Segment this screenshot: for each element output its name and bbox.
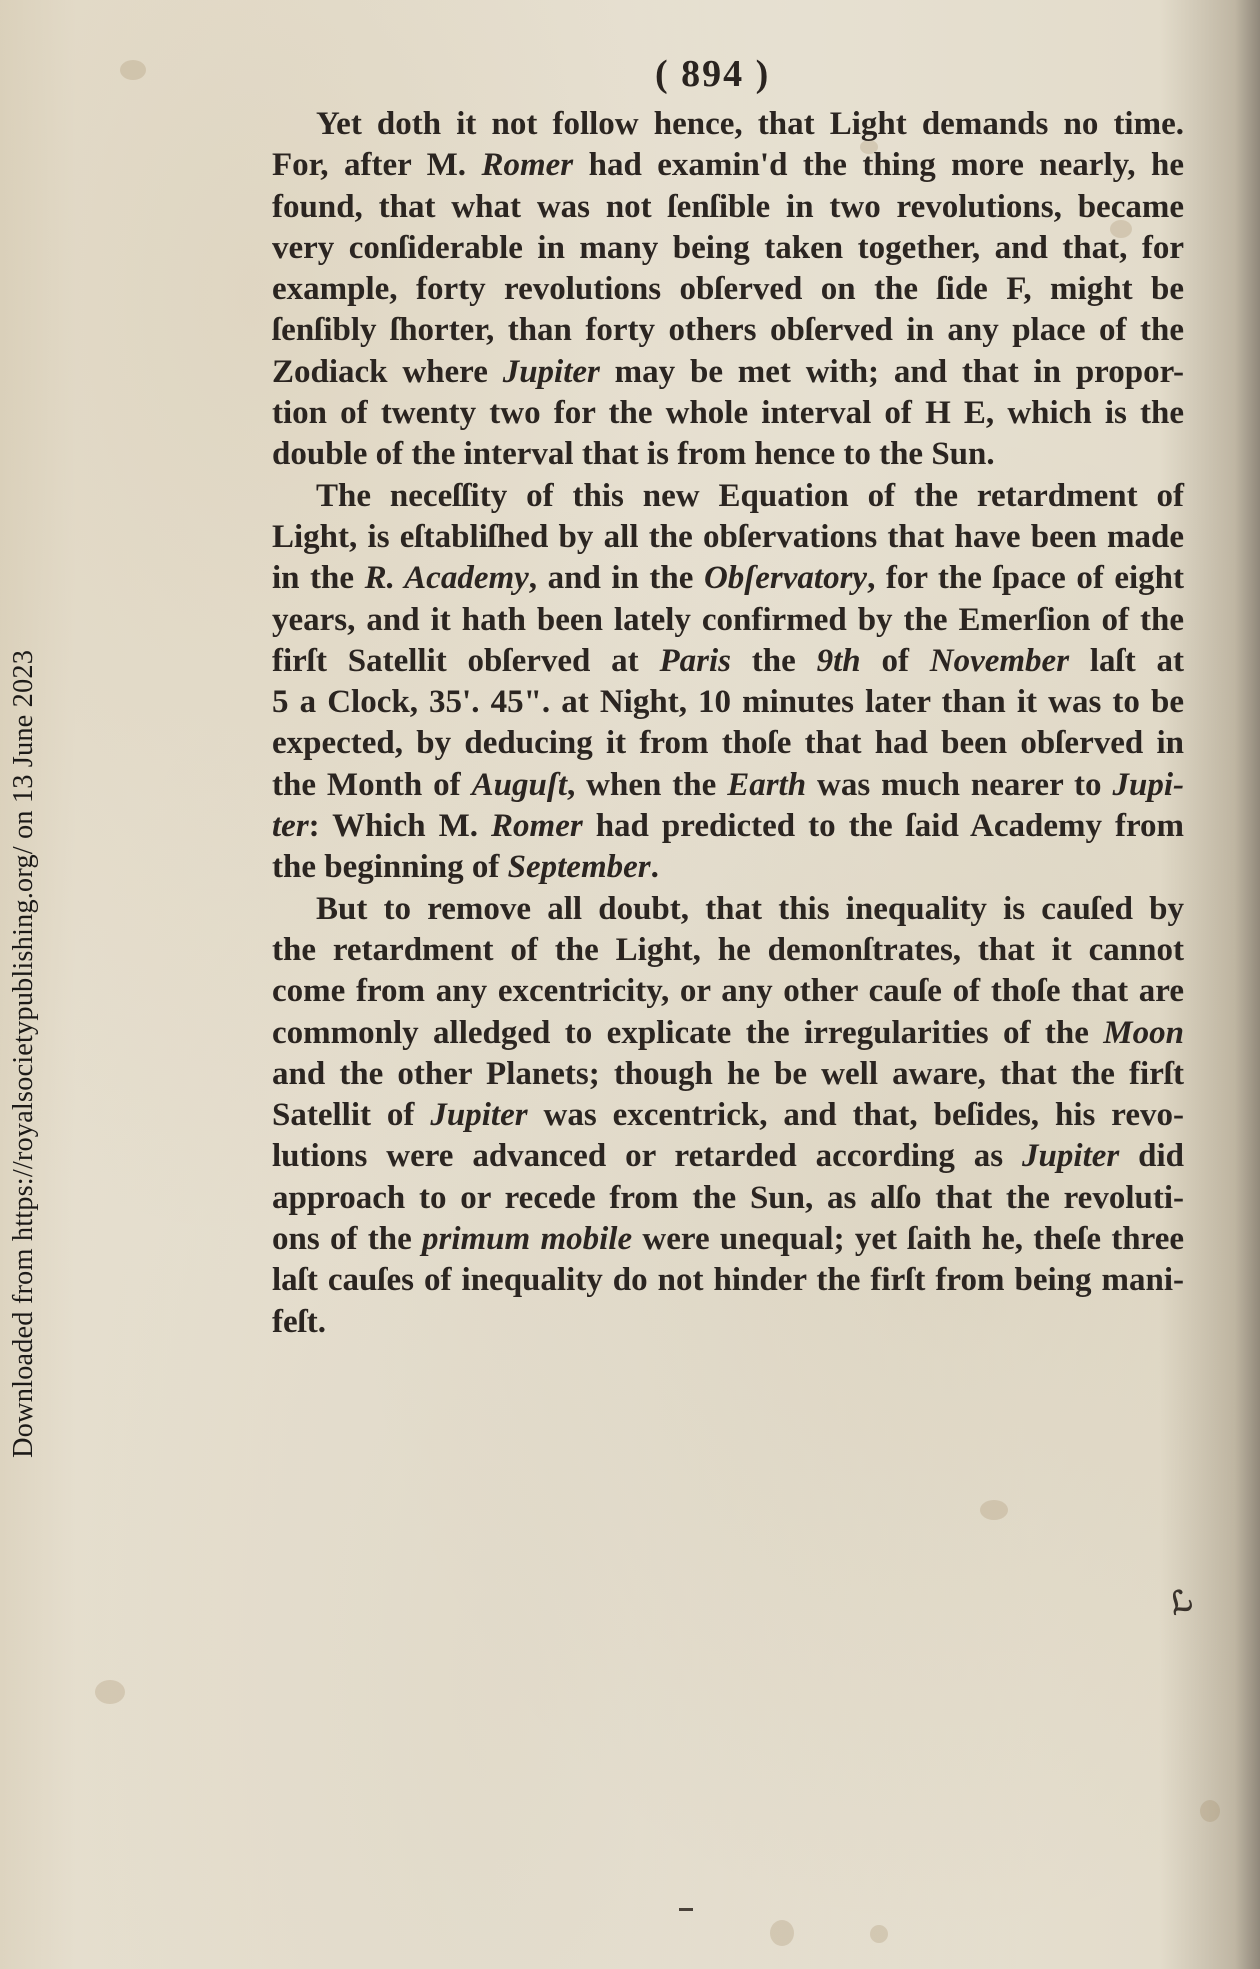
text-line: The neceſſity of this new Equation of th… xyxy=(272,476,1184,517)
foxing-spot xyxy=(870,1925,888,1943)
text-line: commonly alledged to explicate the irreg… xyxy=(272,1013,1184,1054)
text-line: ons of the primum mobile were unequal; y… xyxy=(272,1219,1184,1260)
text-line: For, after M. Romer had examin'd the thi… xyxy=(272,145,1184,186)
text-line: come from any excentricity, or any other… xyxy=(272,971,1184,1012)
text-line: double of the interval that is from henc… xyxy=(272,434,1184,475)
text-line: Yet doth it not follow hence, that Light… xyxy=(272,104,1184,145)
page-number: ( 894 ) xyxy=(655,52,770,96)
foxing-spot xyxy=(770,1920,794,1946)
text-line: ter: Which M. Romer had predicted to the… xyxy=(272,806,1184,847)
paragraph-3: But to remove all doubt, that this inequ… xyxy=(272,889,1184,1343)
text-line: 5 a Clock, 35'. 45". at Night, 10 minute… xyxy=(272,682,1184,723)
text-line: in the R. Academy, and in the Obſervator… xyxy=(272,558,1184,599)
foxing-spot xyxy=(980,1500,1008,1520)
text-line: the beginning of September. xyxy=(272,847,1184,888)
foxing-spot xyxy=(95,1680,125,1704)
text-line: the Month of Auguſt, when the Earth was … xyxy=(272,765,1184,806)
text-line: firſt Satellit obſerved at Paris the 9th… xyxy=(272,641,1184,682)
text-line: the retardment of the Light, he demonſtr… xyxy=(272,930,1184,971)
text-line: feſt. xyxy=(272,1302,1184,1343)
paragraph-2: The neceſſity of this new Equation of th… xyxy=(272,476,1184,889)
text-line: years, and it hath been lately confirmed… xyxy=(272,600,1184,641)
paragraph-1: Yet doth it not follow hence, that Light… xyxy=(272,104,1184,476)
text-line: Zodiack where Jupiter may be met with; a… xyxy=(272,352,1184,393)
text-line: ſenſibly ſhorter, than forty others obſe… xyxy=(272,310,1184,351)
foxing-spot xyxy=(120,60,146,80)
text-line: approach to or recede from the Sun, as a… xyxy=(272,1178,1184,1219)
download-watermark: Downloaded from https://royalsocietypubl… xyxy=(8,650,40,1458)
foxing-spot xyxy=(1200,1800,1220,1822)
text-line: Light, is eſtabliſhed by all the obſerva… xyxy=(272,517,1184,558)
text-line: example, forty revolutions obſerved on t… xyxy=(272,269,1184,310)
text-line: tion of twenty two for the whole interva… xyxy=(272,393,1184,434)
text-line: found, that what was not ſenſible in two… xyxy=(272,187,1184,228)
ink-dash-mark xyxy=(679,1908,693,1911)
text-line: and the other Planets; though he be well… xyxy=(272,1054,1184,1095)
text-line: laſt cauſes of inequality do not hinder … xyxy=(272,1260,1184,1301)
text-line: very conſiderable in many being taken to… xyxy=(272,228,1184,269)
text-line: expected, by deducing it from thoſe that… xyxy=(272,723,1184,764)
text-line: But to remove all doubt, that this inequ… xyxy=(272,889,1184,930)
text-line: Satellit of Jupiter was excentrick, and … xyxy=(272,1095,1184,1136)
text-line: lutions were advanced or retarded accord… xyxy=(272,1136,1184,1177)
body-text: Yet doth it not follow hence, that Light… xyxy=(272,104,1184,1343)
